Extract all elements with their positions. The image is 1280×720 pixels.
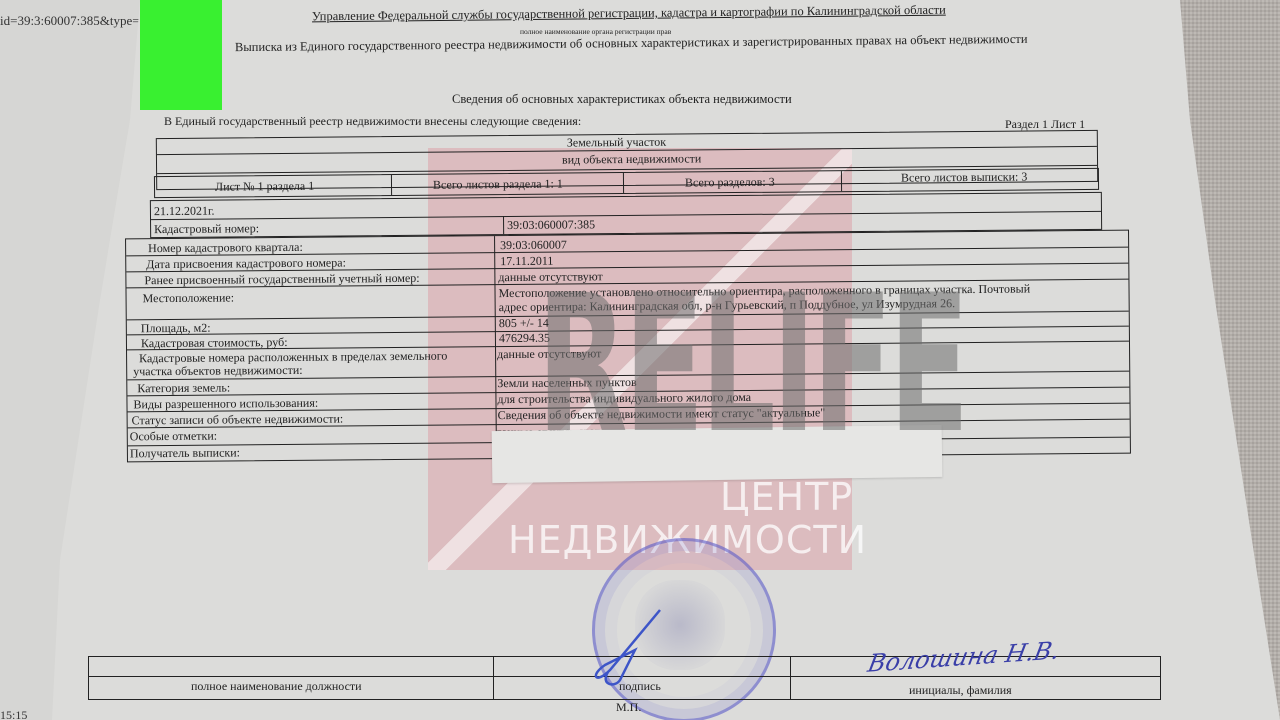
green-sticky-tab	[140, 0, 222, 110]
row-label-area: Площадь, м2:	[141, 321, 211, 337]
intro-text: В Единый государственный реестр недвижим…	[164, 114, 581, 129]
row-label-cadastral-quarter: Номер кадастрового квартала:	[148, 240, 303, 256]
row-label-location: Местоположение:	[143, 290, 235, 306]
url-fragment: id=39:3:60007:385&type=1	[0, 13, 146, 29]
total-sections: Всего разделов: 3	[685, 175, 775, 191]
section-title: Сведения об основных характеристиках объ…	[452, 92, 792, 107]
print-time: 15:15	[0, 708, 27, 720]
extract-date: 21.12.2021г.	[154, 204, 215, 220]
row-label-land-category: Категория земель:	[137, 380, 230, 396]
row-label-special-notes: Особые отметки:	[130, 429, 217, 445]
name-caption: инициалы, фамилия	[909, 683, 1012, 698]
object-type: Земельный участок	[567, 135, 666, 151]
row-value-cadastral-quarter: 39:03:060007	[500, 238, 567, 254]
watermark-line1: ЦЕНТР	[720, 475, 853, 519]
object-type-caption: вид объекта недвижимости	[562, 151, 701, 167]
row-label-cadastral-value: Кадастровая стоимость, руб:	[141, 335, 288, 351]
authority-caption: полное наименование органа регистрации п…	[520, 27, 671, 36]
row-label-previous-number: Ранее присвоенный государственный учетны…	[144, 271, 419, 288]
row-label-record-status: Статус записи об объекте недвижимости:	[132, 411, 344, 428]
row-label-cadastral-number: Кадастровый номер:	[154, 221, 259, 237]
row-value-cadastral-number: 39:03:060007:385	[507, 217, 595, 233]
watermark-logo: RELIFE	[537, 270, 966, 460]
row-label-contained-objects-line2: участка объектов недвижимости:	[133, 363, 303, 379]
signature-scribble-icon	[590, 600, 670, 690]
seal-label: М.П.	[616, 700, 641, 715]
sheets-in-section: Всего листов раздела 1: 1	[433, 177, 563, 193]
position-caption: полное наименование должности	[191, 679, 362, 694]
row-label-permitted-use: Виды разрешенного использования:	[133, 396, 318, 413]
row-label-recipient: Получатель выписки:	[130, 445, 240, 461]
row-label-assign-date: Дата присвоения кадастрового номера:	[146, 255, 346, 272]
total-sheets: Всего листов выписки: 3	[901, 170, 1028, 186]
sheet-number: Лист № 1 раздела 1	[215, 179, 314, 195]
